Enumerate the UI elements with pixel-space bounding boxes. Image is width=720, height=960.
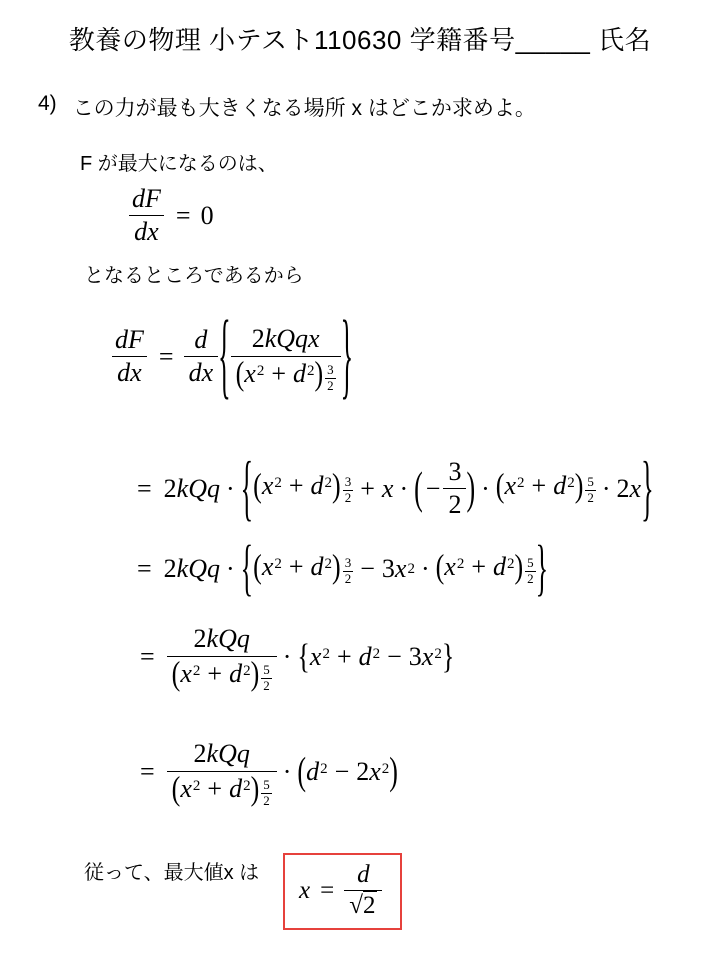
right-paren: ) (575, 467, 584, 506)
coefficient-2: 2 (194, 624, 207, 654)
superscript-2: 2 (507, 556, 515, 572)
exp-denominator-2: 2 (325, 378, 336, 394)
multiply-dot: · (277, 757, 298, 787)
conclusion-line: 従って、最大値x は (84, 856, 259, 885)
denominator-power-group: (x2+d2)52 (167, 771, 277, 830)
exp-denominator-2: 2 (261, 793, 272, 809)
right-brace: } (341, 301, 353, 412)
left-brace: { (241, 447, 253, 531)
var-d: d (311, 471, 324, 500)
multiply-dot: · (277, 642, 298, 672)
minus-sign: − (423, 474, 444, 504)
question-row: 4) この力が最も大きくなる場所 x はどこか求めよ。 (38, 92, 536, 122)
left-brace: { (218, 301, 230, 412)
equals-sign: = (310, 877, 344, 905)
var-x: x (262, 471, 274, 500)
because-line: となるところであるから (84, 259, 304, 288)
var-d: d (311, 552, 324, 581)
question-text: この力が最も大きくなる場所 x はどこか求めよ。 (73, 92, 536, 122)
left-paren: ( (297, 749, 306, 794)
var-d: d (229, 774, 242, 803)
eq-factored: = 2kQq (x2+d2)52 · { x2+d2−3x2 } (140, 598, 454, 715)
left-brace: { (241, 533, 253, 605)
exp-numerator-5: 5 (263, 778, 270, 793)
polynomial-group: x2+d2−3x2 (310, 642, 442, 672)
right-paren: ) (389, 749, 398, 794)
superscript-2: 2 (325, 475, 333, 491)
var-x: x (310, 642, 322, 671)
coefficient-2: 2 (164, 554, 177, 584)
right-brace: } (641, 447, 653, 531)
var-x: x (180, 659, 192, 688)
superscript-2: 2 (517, 475, 525, 491)
multiply-dot: · (393, 474, 414, 504)
denominator-sqrt2: √2 (344, 890, 382, 920)
coefficient-3: 3 (382, 554, 395, 584)
left-brace: { (297, 636, 309, 677)
equals-sign: = (140, 757, 167, 787)
superscript-2: 2 (307, 363, 315, 379)
eq-product-rule: = 2kQq · { (x2+d2)32 + x · ( − 3 2 ) · (… (137, 457, 654, 520)
minus-sign: − (353, 554, 382, 584)
numerator-d: d (352, 861, 375, 890)
exponent-five-halves: 52 (261, 778, 272, 809)
exp-denominator-2: 2 (525, 571, 536, 587)
fraction-main: 2kQq (x2+d2)52 (167, 713, 277, 830)
superscript-2: 2 (243, 663, 251, 679)
var-kQq: kQq (207, 624, 250, 654)
superscript-2: 2 (407, 561, 415, 578)
coefficient-2: 2 (617, 474, 630, 504)
radicand-2: 2 (363, 891, 378, 919)
paren-power-group: (x2+d2)32 (236, 359, 336, 394)
radical-sign: √ (349, 892, 363, 919)
plus-sign: + (464, 552, 493, 581)
right-paren: ) (515, 548, 524, 587)
left-paren: ( (172, 655, 181, 694)
plus-sign: + (353, 474, 382, 504)
superscript-2: 2 (325, 556, 333, 572)
var-kQq: kQq (177, 554, 220, 584)
equals-sign: = (137, 474, 164, 504)
right-paren: ) (251, 655, 260, 694)
left-paren: ( (496, 467, 505, 506)
left-paren: ( (172, 770, 181, 809)
multiply-dot: · (220, 554, 241, 584)
paren-power-group: (x2+d2)52 (172, 659, 272, 694)
minus-sign: − (328, 757, 357, 786)
exp-numerator-3: 3 (345, 556, 352, 571)
document-title: 教養の物理 小テスト110630 学籍番号_____ 氏名 (0, 20, 720, 57)
eq-grouped: = 2kQq · { (x2+d2)32 − 3x2 · (x2+d2)52 } (137, 552, 548, 587)
multiply-dot: · (220, 474, 241, 504)
var-d: d (306, 757, 319, 786)
var-x: x (369, 757, 381, 786)
var-d: d (553, 471, 566, 500)
right-paren: ) (314, 355, 323, 394)
plus-sign: + (200, 659, 229, 688)
equals-sign: = (149, 342, 184, 372)
paren-power-group: (x2+d2)52 (496, 471, 596, 506)
numerator-dF: dF (127, 184, 166, 215)
multiply-dot: · (475, 474, 496, 504)
var-x: x (299, 877, 310, 905)
left-paren: ( (414, 462, 423, 515)
left-paren: ( (436, 548, 445, 587)
exponent-five-halves: 52 (525, 556, 536, 587)
right-brace: } (536, 533, 548, 605)
eq-dfdx-zero: dF dx = 0 (127, 184, 214, 247)
var-x: x (422, 642, 434, 671)
var-d: d (359, 642, 372, 671)
coefficient-2: 2 (252, 324, 265, 354)
fraction-main: 2kQq (x2+d2)52 (167, 598, 277, 715)
plus-sign: + (330, 642, 359, 671)
var-x: x (382, 474, 394, 504)
paren-power-group: (x2+d2)52 (436, 552, 536, 587)
left-paren: ( (253, 548, 262, 587)
plus-sign: + (282, 471, 311, 500)
eq-final-form: = 2kQq (x2+d2)52 · ( d2−2x2 ) (140, 713, 398, 830)
question-number: 4) (38, 92, 57, 122)
paren-power-group: (x2+d2)52 (172, 774, 272, 809)
superscript-2: 2 (567, 475, 575, 491)
exp-numerator-5: 5 (587, 475, 594, 490)
var-x: x (180, 774, 192, 803)
superscript-2: 2 (274, 556, 282, 572)
superscript-2: 2 (434, 646, 442, 662)
paren-power-group: (x2+d2)32 (253, 471, 353, 506)
fraction-answer: d √2 (344, 861, 382, 920)
denominator-dx: dx (112, 356, 147, 388)
plus-sign: + (200, 774, 229, 803)
plus-sign: + (525, 471, 554, 500)
right-paren: ) (251, 770, 260, 809)
numerator-2kQq: 2kQq (189, 713, 255, 771)
exponent-five-halves: 52 (261, 663, 272, 694)
numerator-3: 3 (443, 457, 466, 488)
equals-sign: = (166, 201, 201, 231)
exponent-three-halves: 32 (325, 363, 336, 394)
numerator-d: d (189, 325, 212, 356)
var-kQq: kQq (177, 474, 220, 504)
right-paren: ) (466, 462, 475, 515)
f-max-line: F が最大になるのは、 (80, 147, 278, 176)
coefficient-2: 2 (194, 739, 207, 769)
fraction-three-halves: 3 2 (443, 457, 466, 520)
paren-power-group: (x2+d2)32 (253, 552, 353, 587)
var-d: d (293, 359, 306, 388)
var-x: x (504, 471, 516, 500)
var-kQq: kQq (207, 739, 250, 769)
exp-denominator-2: 2 (585, 490, 596, 506)
equals-sign: = (137, 554, 164, 584)
superscript-2: 2 (274, 475, 282, 491)
numerator-2kQqx: 2kQqx (247, 298, 325, 356)
superscript-2: 2 (373, 646, 381, 662)
exponent-five-halves: 52 (585, 475, 596, 506)
numerator-dF: dF (110, 325, 149, 356)
superscript-2: 2 (243, 778, 251, 794)
minus-sign: − (380, 642, 409, 671)
plus-sign: + (282, 552, 311, 581)
numerator-2kQq: 2kQq (189, 598, 255, 656)
coefficient-2: 2 (164, 474, 177, 504)
quiz-document-page: 教養の物理 小テスト110630 学籍番号_____ 氏名 4) この力が最も大… (0, 0, 720, 960)
exp-numerator-5: 5 (263, 663, 270, 678)
multiply-dot: · (596, 474, 617, 504)
superscript-2: 2 (382, 761, 390, 777)
right-brace: } (442, 636, 454, 677)
exp-numerator-5: 5 (527, 556, 534, 571)
var-x: x (630, 474, 642, 504)
exponent-three-halves: 32 (343, 475, 354, 506)
denominator-dx: dx (184, 356, 219, 388)
denominator-2: 2 (443, 488, 466, 520)
fraction-dF-dx: dF dx (110, 325, 149, 388)
superscript-2: 2 (320, 761, 328, 777)
exp-denominator-2: 2 (343, 490, 354, 506)
right-paren: ) (332, 548, 341, 587)
fraction-main: 2kQqx (x2+d2)32 (231, 298, 341, 415)
var-d: d (229, 659, 242, 688)
denominator-power-group: (x2+d2)32 (231, 356, 341, 415)
exp-denominator-2: 2 (261, 678, 272, 694)
zero: 0 (201, 201, 214, 231)
equals-sign: = (140, 642, 167, 672)
eq-derivative-definition: dF dx = d dx { 2kQqx (x2+d2)32 } (110, 298, 353, 415)
exp-numerator-3: 3 (345, 475, 352, 490)
multiply-dot: · (415, 554, 436, 584)
var-x: x (395, 554, 407, 584)
exp-numerator-3: 3 (327, 363, 334, 378)
exponent-three-halves: 32 (343, 556, 354, 587)
var-kQqx: kQqx (265, 324, 320, 354)
denominator-power-group: (x2+d2)52 (167, 656, 277, 715)
coefficient-2: 2 (356, 757, 369, 786)
exp-denominator-2: 2 (343, 571, 354, 587)
var-d: d (493, 552, 506, 581)
answer-box: x = d √2 (283, 853, 402, 930)
superscript-2: 2 (322, 646, 330, 662)
var-x: x (244, 359, 256, 388)
var-x: x (444, 552, 456, 581)
plus-sign: + (264, 359, 293, 388)
left-paren: ( (253, 467, 262, 506)
fraction-dF-dx: dF dx (127, 184, 166, 247)
var-x: x (262, 552, 274, 581)
denominator-dx: dx (129, 215, 164, 247)
left-paren: ( (236, 355, 245, 394)
right-paren: ) (332, 467, 341, 506)
coefficient-3: 3 (409, 642, 422, 671)
fraction-d-dx: d dx (184, 325, 219, 388)
polynomial-group: d2−2x2 (306, 757, 389, 787)
